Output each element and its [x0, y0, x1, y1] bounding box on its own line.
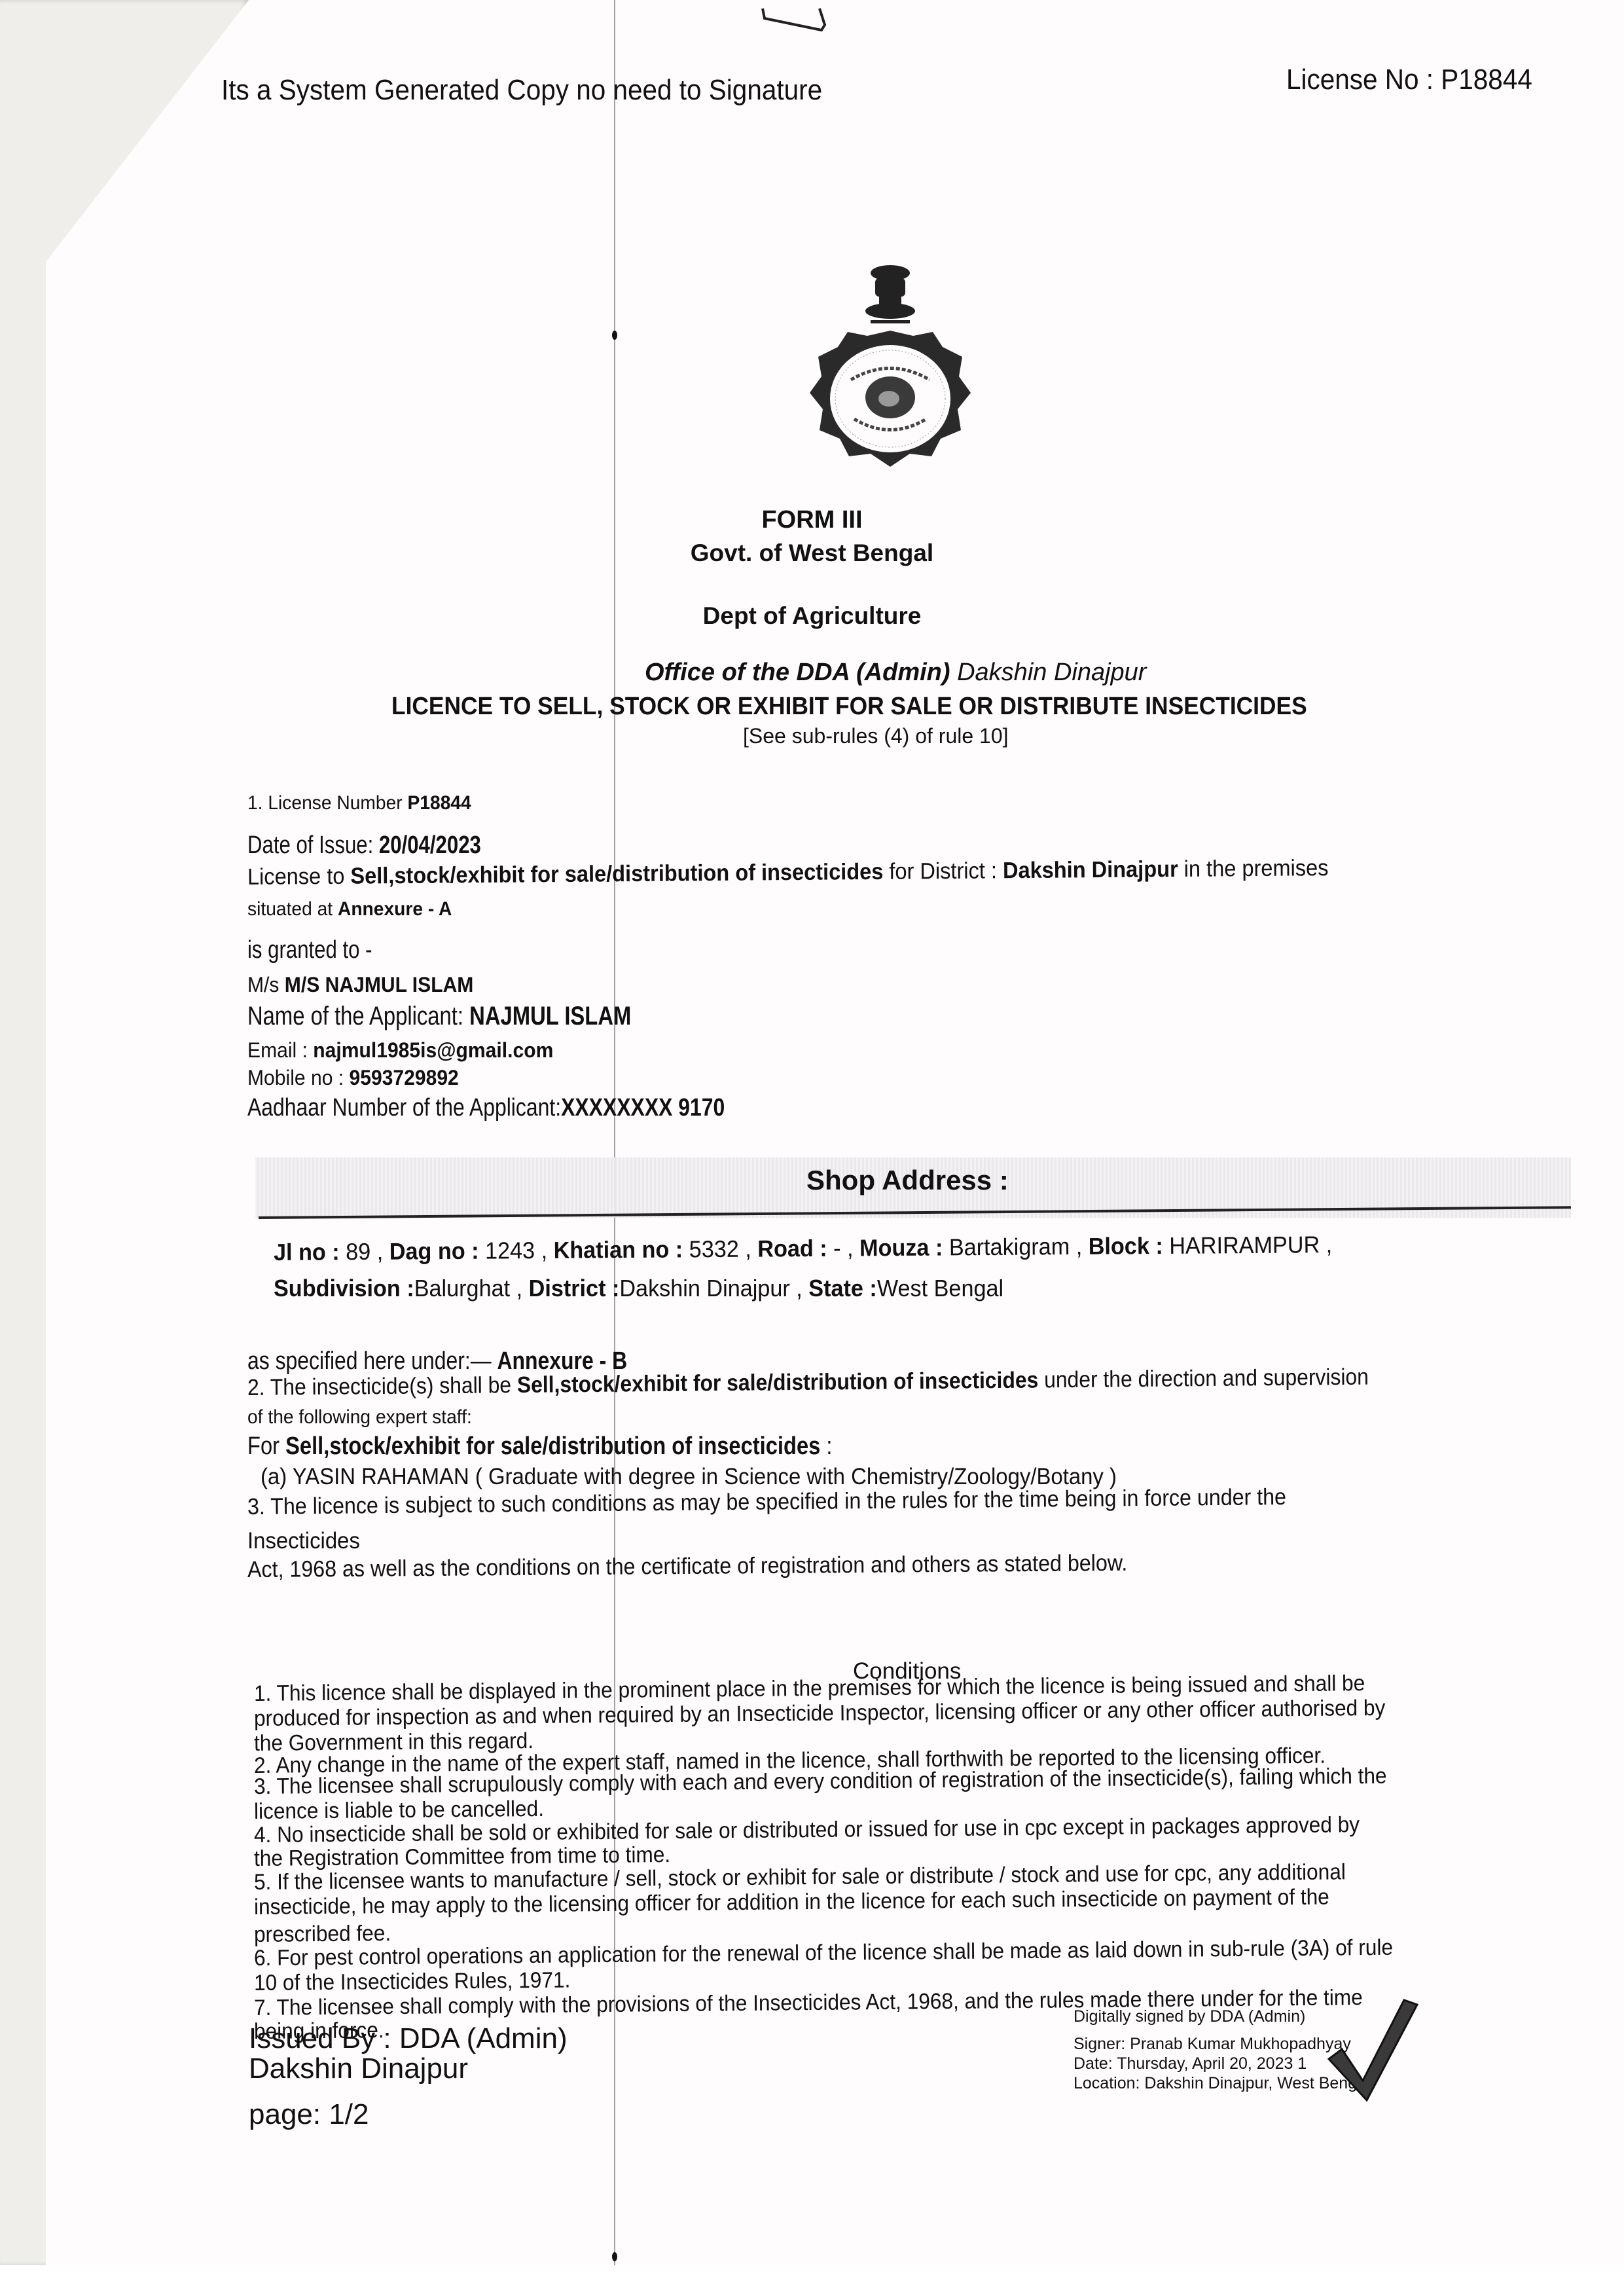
purpose-value: Sell,stock/exhibit for sale/distribution…	[350, 859, 883, 889]
issued-by: Issued By : DDA (Admin)	[249, 2024, 568, 2053]
label: situated at	[247, 898, 338, 920]
address-field-value: - ,	[833, 1234, 859, 1261]
firm-name-value: M/S NAJMUL ISLAM	[285, 973, 474, 996]
address-field-label: Block :	[1089, 1232, 1170, 1260]
department-name: Dept of Agriculture	[0, 604, 1624, 628]
address-field-label: Dag no :	[389, 1237, 486, 1265]
punch-mark	[612, 331, 617, 340]
aadhaar-value: XXXXXXXX 9170	[561, 1094, 725, 1121]
license-number-line: 1. License Number P18844	[247, 793, 471, 813]
condition-line: 6. For pest control operations an applic…	[254, 1937, 1393, 1969]
address-field-label: Jl no :	[274, 1238, 346, 1266]
firm-line: M/s M/S NAJMUL ISLAM	[247, 974, 473, 995]
address-field-label: Khatian no :	[553, 1235, 689, 1264]
granted-to-line: is granted to -	[247, 938, 372, 962]
mobile-value: 9593729892	[349, 1066, 458, 1089]
annexure-b-line: as specified here under:— Annexure - B	[247, 1349, 627, 1374]
signature-valid-checkmark-icon	[1322, 1997, 1420, 2102]
text-bold: Sell,stock/exhibit for sale/distribution…	[517, 1367, 1039, 1398]
text: For	[247, 1432, 285, 1460]
address-field-value: 89 ,	[346, 1238, 389, 1265]
mobile-line: Mobile no : 9593729892	[247, 1067, 459, 1088]
expert-staff-line: (a) YASIN RAHAMAN ( Graduate with degree…	[261, 1465, 1117, 1488]
date-of-issue-value: 20/04/2023	[379, 831, 481, 859]
west-bengal-emblem-icon	[802, 259, 979, 481]
situated-at-line: situated at Annexure - A	[247, 900, 452, 919]
office-name: Office of the DDA (Admin) Dakshin Dinajp…	[645, 660, 1146, 685]
for-purpose-line: For Sell,stock/exhibit for sale/distribu…	[247, 1434, 832, 1459]
license-number-value: P18844	[408, 792, 471, 814]
paragraph-2-line-2: of the following expert staff:	[247, 1408, 472, 1427]
address-field-value: West Bengal	[877, 1275, 1003, 1302]
address-field-value: 5332 ,	[689, 1235, 758, 1263]
text: 2. The insecticide(s) shall be	[247, 1372, 517, 1400]
sub-rule-reference: [See sub-rules (4) of rule 10]	[743, 725, 1009, 746]
license-purpose-line: License to Sell,stock/exhibit for sale/d…	[247, 856, 1329, 888]
office-district: Dakshin Dinajpur	[950, 659, 1147, 686]
digital-signature-label: Digitally signed by DDA (Admin)	[1074, 2009, 1305, 2025]
label: in the premises	[1178, 855, 1329, 882]
label: Email :	[247, 1038, 313, 1062]
address-field-value: Bartakigram ,	[949, 1233, 1089, 1261]
label: Name of the Applicant:	[247, 1002, 469, 1030]
address-field-label: State :	[808, 1275, 877, 1302]
paper-clip-mark-icon	[759, 5, 835, 33]
issuing-district: Dakshin Dinajpur	[249, 2054, 468, 2083]
address-field-label: Mouza :	[859, 1233, 949, 1261]
text: :	[820, 1432, 832, 1460]
folded-page-corner	[0, 0, 249, 2265]
label: M/s	[247, 973, 285, 996]
paragraph-3-line-3: Act, 1968 as well as the conditions on t…	[247, 1552, 1127, 1581]
email-line: Email : najmul1985is@gmail.com	[247, 1040, 553, 1061]
license-no-value: P18844	[1441, 64, 1532, 96]
label: as specified here under:—	[247, 1347, 497, 1375]
page-indicator: page: 1/2	[249, 2100, 369, 2129]
address-field-value: HARIRAMPUR ,	[1169, 1231, 1332, 1259]
aadhaar-line: Aadhaar Number of the Applicant:XXXXXXXX…	[247, 1095, 725, 1120]
label: Date of Issue:	[247, 831, 379, 859]
shop-address-title: Shop Address :	[806, 1167, 1009, 1194]
label: Aadhaar Number of the Applicant:	[247, 1094, 561, 1121]
text-bold: Sell,stock/exhibit for sale/distribution…	[285, 1432, 820, 1460]
header-license-number: License No : P18844	[1286, 65, 1532, 94]
applicant-name-value: NAJMUL ISLAM	[469, 1002, 631, 1030]
address-field-value: Dakshin Dinajpur ,	[619, 1275, 808, 1302]
condition-line: 10 of the Insecticides Rules, 1971.	[254, 1969, 571, 1994]
label: 1. License Number	[247, 792, 408, 814]
label: License to	[247, 864, 351, 890]
address-field-value: 1243 ,	[485, 1237, 554, 1264]
label: Mobile no :	[247, 1066, 349, 1089]
signature-signer: Signer: Pranab Kumar Mukhopadhyay	[1074, 2036, 1351, 2052]
text: under the direction and supervision	[1038, 1364, 1369, 1393]
license-heading: LICENCE TO SELL, STOCK OR EXHIBIT FOR SA…	[391, 694, 1307, 719]
scan-bottom-margin	[0, 2265, 1624, 2296]
address-field-label: District :	[529, 1275, 620, 1302]
address-field-value: Balurghat ,	[414, 1275, 529, 1302]
punch-mark	[612, 2252, 617, 2261]
email-value: najmul1985is@gmail.com	[313, 1038, 553, 1062]
address-field-label: Road :	[757, 1235, 833, 1262]
paragraph-3-line-1: 3. The licence is subject to such condit…	[247, 1485, 1286, 1518]
address-field-label: Subdivision :	[274, 1275, 414, 1302]
office-bold: Office of the DDA (Admin)	[645, 659, 950, 686]
system-generated-note: Its a System Generated Copy no need to S…	[221, 76, 822, 105]
applicant-name-line: Name of the Applicant: NAJMUL ISLAM	[247, 1003, 631, 1029]
government-name: Govt. of West Bengal	[0, 541, 1624, 565]
annexure-value: Annexure - B	[497, 1347, 627, 1375]
paragraph-3-line-2: Insecticides	[247, 1529, 360, 1552]
situated-value: Annexure - A	[338, 898, 452, 920]
condition-line: prescribed fee.	[254, 1922, 391, 1946]
shop-address-line-1: Jl no : 89 , Dag no : 1243 , Khatian no …	[274, 1233, 1332, 1264]
label: for District :	[883, 858, 1003, 884]
license-document-page: Its a System Generated Copy no need to S…	[0, 0, 1624, 2296]
signature-date: Date: Thursday, April 20, 2023 1	[1074, 2056, 1307, 2072]
shop-address-line-2: Subdivision :Balurghat , District :Daksh…	[274, 1277, 1003, 1300]
condition-line: licence is liable to be cancelled.	[254, 1798, 544, 1823]
form-number: FORM III	[0, 507, 1624, 532]
license-no-label: License No :	[1286, 64, 1441, 96]
district-value: Dakshin Dinajpur	[1003, 856, 1178, 883]
date-of-issue-line: Date of Issue: 20/04/2023	[247, 833, 481, 858]
